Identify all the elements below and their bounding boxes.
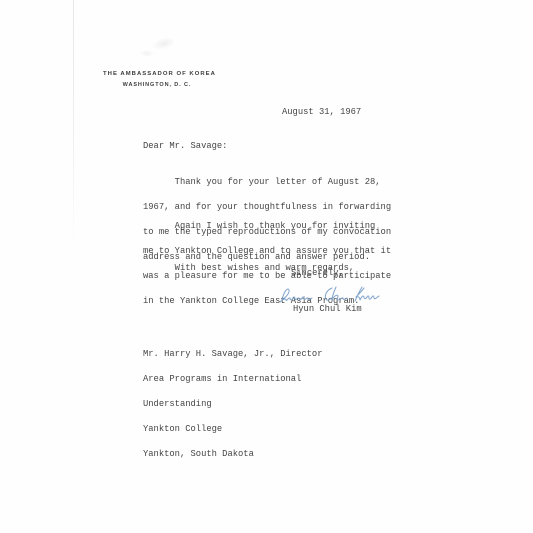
scan-artifact-line	[73, 0, 74, 252]
salutation: Dear Mr. Savage:	[143, 142, 227, 150]
scanned-letter-page: THE AMBASSADOR OF KOREA WASHINGTON, D. C…	[0, 0, 533, 533]
date-line: August 31, 1967	[282, 108, 361, 116]
signature-ink-strokes	[280, 287, 379, 302]
letterhead-org: THE AMBASSADOR OF KOREA	[103, 71, 211, 77]
recipient-line: Area Programs in International	[143, 375, 323, 383]
scan-smudge-mark	[140, 50, 154, 57]
recipient-line: Yankton, South Dakota	[143, 450, 323, 458]
closing-line: Sincerely,	[291, 269, 344, 277]
letterhead: THE AMBASSADOR OF KOREA WASHINGTON, D. C…	[103, 71, 211, 88]
recipient-line: Understanding	[143, 400, 323, 408]
letterhead-city: WASHINGTON, D. C.	[103, 82, 211, 88]
recipient-address-block: Mr. Harry H. Savage, Jr., Director Area …	[143, 333, 323, 475]
handwritten-signature-image	[276, 285, 380, 306]
body-line: Again I wish to thank you for inviting	[143, 222, 391, 230]
recipient-line: Mr. Harry H. Savage, Jr., Director	[143, 350, 323, 358]
body-line: Thank you for your letter of August 28,	[143, 178, 391, 186]
scan-smudge-mark	[151, 35, 177, 51]
signature-typed-name: Hyun Chul Kim	[293, 305, 362, 313]
recipient-line: Yankton College	[143, 425, 323, 433]
